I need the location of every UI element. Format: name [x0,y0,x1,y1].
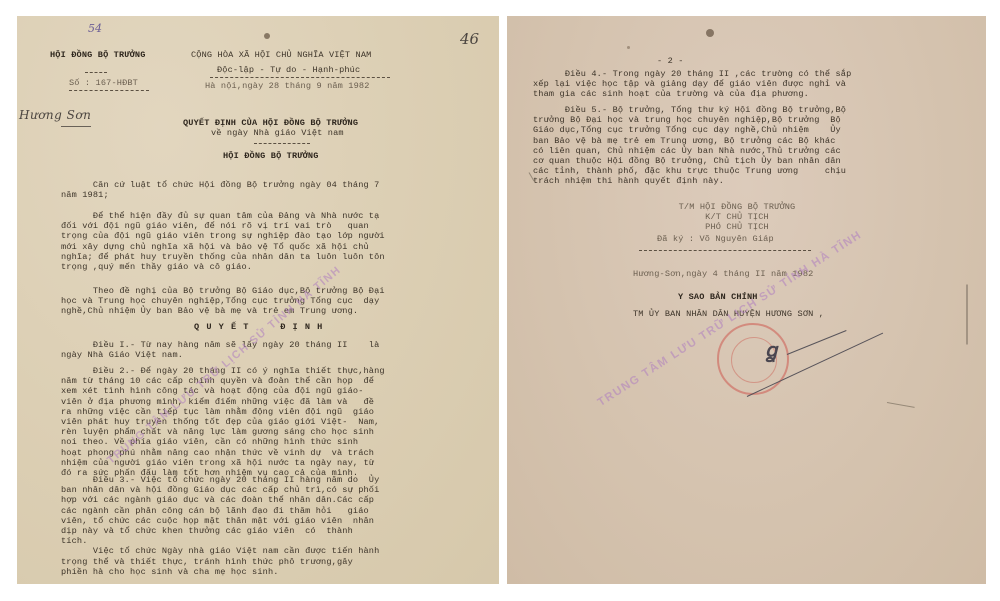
signature-deputy: K/T CHỦ TỊCH [637,212,837,222]
page-number: - 2 - [657,56,684,66]
ink-spot [264,33,270,39]
council-heading: HỘI ĐỒNG BỘ TRƯỞNG [223,151,319,161]
document-number: Số : 167-HĐBT [69,78,138,88]
signed-by: Đã ký : Võ Nguyên Giáp [657,234,774,244]
divider [85,72,107,73]
signature-mark: ꬶ [765,336,777,363]
place-date: Hà nội,ngày 28 tháng 9 năm 1982 [205,81,370,91]
article-1: Điều I.- Từ nay hàng năm sẽ lấy ngày 20 … [61,340,379,360]
handwritten-folio-number: 46 [460,30,479,48]
preamble-proposal: Theo đề nghị của Bộ trưởng Bộ Giáo dục,B… [61,286,385,317]
ink-spot [627,46,630,49]
handwritten-margin-note: Hương Sơn [19,108,91,122]
preamble-legal-basis: Căn cứ luật tổ chức Hội đồng Bộ trưởng n… [61,180,379,200]
paper-mark [887,402,915,408]
article-5: Điều 5.- Bộ trưởng, Tổng thư ký Hội đồng… [533,105,846,187]
issuer-name: HỘI ĐỒNG BỘ TRƯỞNG [50,50,146,60]
divider [69,90,149,91]
ink-spot [706,29,714,37]
handwritten-underline [61,126,91,127]
decision-title: QUYẾT ĐỊNH CỦA HỘI ĐỒNG BỘ TRƯỞNG [183,118,358,128]
divider [254,143,310,144]
signature-on-behalf: T/M HỘI ĐỒNG BỘ TRƯỞNG [637,202,837,212]
divider [639,250,811,251]
paper-edge-mark [967,285,968,345]
signature-stroke [787,330,847,355]
signature-title: PHÓ CHỦ TỊCH [637,222,837,232]
decision-subtitle: về ngày Nhà giáo Việt nam [211,128,344,138]
document-page-2: - 2 - Điều 4.- Trong ngày 20 tháng II ,c… [507,16,986,584]
divider [210,77,390,78]
handwritten-page-index: 54 [88,22,102,35]
article-4: Điều 4.- Trong ngày 20 tháng II ,các trư… [533,69,851,100]
official-seal-stamp [717,323,789,395]
nation-name: CỘNG HÒA XÃ HỘI CHỦ NGHĨA VIỆT NAM [191,50,371,60]
article-3: Điều 3.- Việc tổ chức ngày 20 tháng II h… [61,475,379,577]
document-page-1: 54 46 HỘI ĐỒNG BỘ TRƯỞNG Số : 167-HĐBT C… [17,16,499,584]
national-motto: Độc-lập - Tự do - Hạnh-phúc [217,65,360,75]
